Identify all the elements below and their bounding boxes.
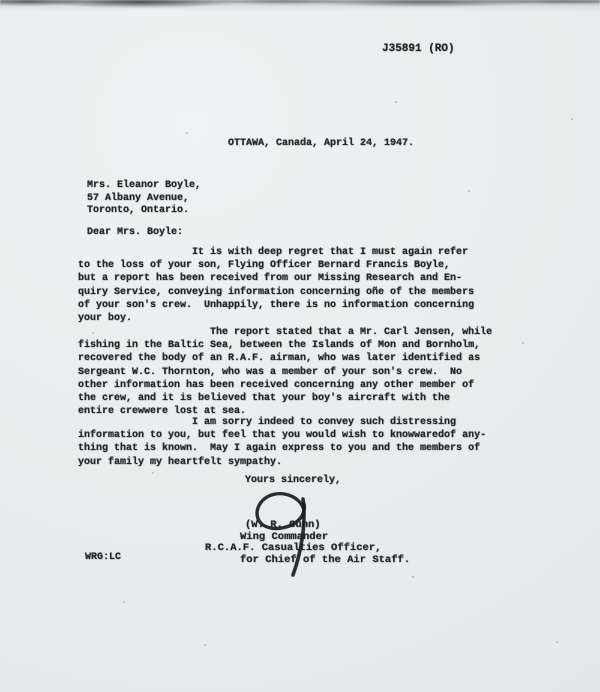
file-reference-number: J35891 (RO) (382, 43, 455, 56)
salutation: Dear Mrs. Boyle: (87, 226, 183, 239)
letter-page: J35891 (RO) OTTAWA, Canada, April 24, 19… (0, 0, 600, 692)
body-paragraph-2: The report stated that a Mr. Carl Jensen… (78, 326, 492, 418)
body-paragraph-1: It is with deep regret that I must again… (78, 246, 474, 325)
dateline: OTTAWA, Canada, April 24, 1947. (228, 137, 414, 150)
closing-salutation: Yours sincerely, (245, 474, 341, 487)
scan-edge-artifact (0, 0, 600, 11)
recipient-address: Mrs. Eleanor Boyle, 57 Albany Avenue, To… (87, 180, 201, 218)
body-paragraph-3: I am sorry indeed to convey such distres… (78, 416, 486, 469)
typist-initials: WRG:LC (85, 551, 121, 564)
scan-noise-specks (0, 0, 2, 2)
handwritten-signature-icon (250, 488, 314, 580)
